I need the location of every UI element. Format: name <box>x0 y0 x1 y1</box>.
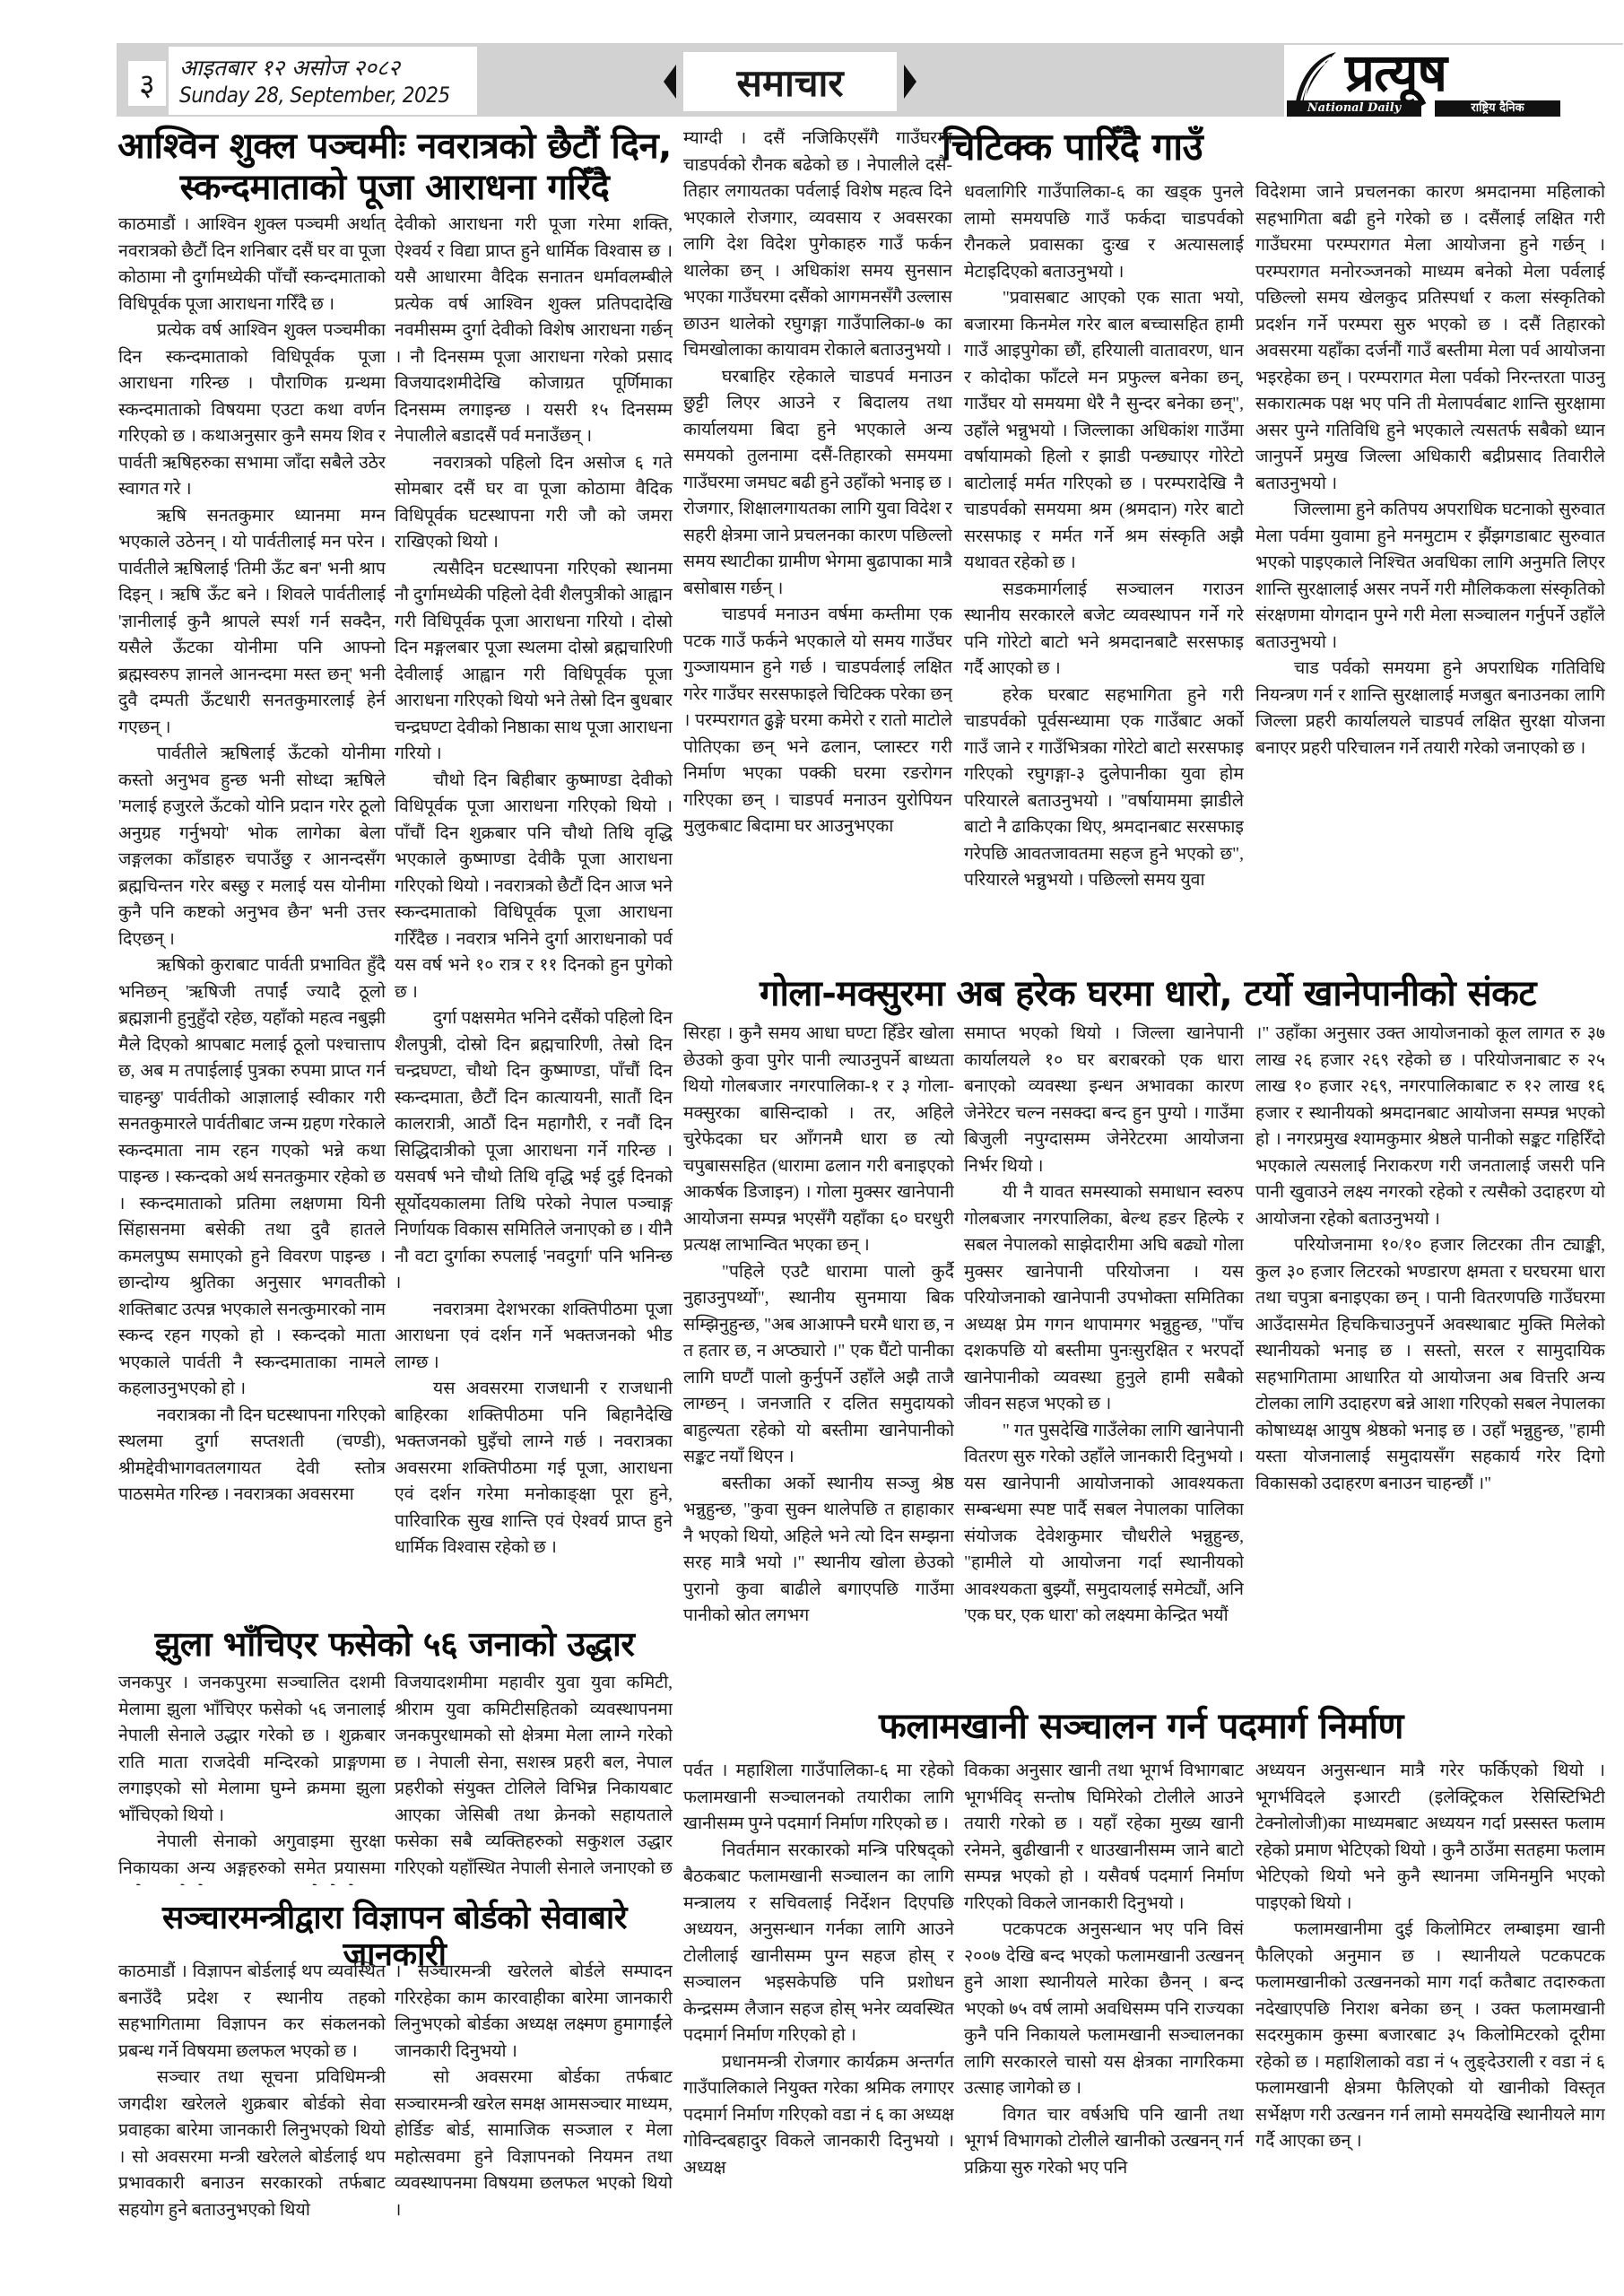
paragraph: पार्वतीले ऋषिलाई ऊँटको योनीमा कस्तो अनुभ… <box>118 741 386 952</box>
logo-tag-nepali: राष्ट्रिय दैनिक <box>1435 100 1560 117</box>
paragraph: चाड पर्वको समयमा हुने अपराधिक गतिविधि नि… <box>1255 656 1605 761</box>
paragraph: नवरात्रका नौ दिन घटस्थापना गरिएको स्थलमा… <box>118 1403 386 1509</box>
paragraph: चाडपर्व मनाउन वर्षमा कम्तीमा एक पटक गाउँ… <box>683 602 952 840</box>
paragraph: पटकपटक अनुसन्धान भए पनि विसं २००७ देखि ब… <box>964 1917 1244 2102</box>
paragraph: म्याग्दी । दसैं नजिकिएसँगै गाउँघरमा चाडप… <box>683 126 952 364</box>
page-number: ३ <box>128 61 166 106</box>
paragraph: दुर्गा पक्षसमेत भनिने दसैंको पहिलो दिन श… <box>395 1005 673 1297</box>
paragraph: चौथो दिन बिहीबार कुष्माण्डा देवीको विधिप… <box>395 768 673 1006</box>
arrow-left-icon <box>664 65 676 99</box>
paragraph: विजयादशमीमा महावीर युवा युवा कमिटी, श्री… <box>395 1670 673 1885</box>
article-gola-col-2: समाप्त भएको थियो । जिल्ला खानेपानी कार्य… <box>964 1021 1244 1702</box>
paragraph: काठमाडौं । विज्ञापन बोर्डलाई थप व्यवस्थि… <box>118 1959 386 2065</box>
paragraph: काठमाडौं । आश्विन शुक्ल पञ्चमी अर्थात् न… <box>118 212 386 317</box>
paragraph: विकका अनुसार खानी तथा भूगर्भ विभागबाट भू… <box>964 1758 1244 1917</box>
article-chitikka-col-2: धवलागिरि गाउँपालिका-६ का खड्क पुनले लामो… <box>964 179 1244 969</box>
paragraph: नेपाली सेनाको अगुवाइमा सुरक्षा निकायका अ… <box>118 1829 386 1885</box>
headline-jhula: झुला भाँचिएर फसेको ५६ जनाको उद्धार <box>117 1625 673 1665</box>
article-gola-col-3: ।" उहाँका अनुसार उक्त आयोजनाको कूल लागत … <box>1255 1021 1605 1702</box>
arrow-right-icon <box>904 65 916 99</box>
article-falam-col-1: पर्वत । महाशिला गाउँपालिका-६ मा रहेको फल… <box>683 1758 954 2260</box>
article-navaratri-col-1: काठमाडौं । आश्विन शुक्ल पञ्चमी अर्थात् न… <box>118 212 386 1620</box>
headline-line-1: आश्विन शुक्ल पञ्चमीः नवरात्रको छैटौं दिन… <box>117 126 673 167</box>
paragraph: निवर्तमान सरकारको मन्त्रि परिषद्को बैठकब… <box>683 1838 954 2049</box>
logo-name: प्रत्यूष <box>1345 45 1446 100</box>
paragraph: प्रधानमन्त्री रोजगार कार्यक्रम अन्तर्गत … <box>683 2049 954 2182</box>
paragraph: फलामखानीमा दुई किलोमिटर लम्बाइमा खानी फै… <box>1255 1917 1605 2155</box>
paragraph: प्रत्येक वर्ष आश्विन शुक्ल पञ्चमीका दिन … <box>118 317 386 503</box>
paragraph: ।" उहाँका अनुसार उक्त आयोजनाको कूल लागत … <box>1255 1021 1605 1232</box>
section-title: समाचार <box>683 52 897 111</box>
paragraph: नवरात्रमा देशभरका शक्तिपीठमा पूजा आराधना… <box>395 1297 673 1377</box>
paragraph: यस अवसरमा राजधानी र राजधानी बाहिरका शक्त… <box>395 1376 673 1561</box>
paragraph: ऋषि सनतकुमार ध्यानमा मग्न भएकाले उठेनन् … <box>118 503 386 742</box>
headline-navaratri: आश्विन शुक्ल पञ्चमीः नवरात्रको छैटौं दिन… <box>117 126 673 208</box>
paragraph: "पहिले एउटै धारामा पालो कुर्दै नुहाउनुपर… <box>683 1259 954 1471</box>
headline-falam: फलामखानी सञ्चालन गर्न पदमार्ग निर्माण <box>879 1706 1524 1747</box>
article-chitikka-col-3: विदेशमा जाने प्रचलनका कारण श्रमदानमा महि… <box>1255 179 1605 969</box>
article-falam-col-3: अध्ययन अनुसन्धान मात्रै गरेर फर्किएको थि… <box>1255 1758 1605 2260</box>
date-nepali: आइतबार १२ असोज २०८२ <box>179 52 400 83</box>
paragraph: परियोजनामा १०/१० हजार लिटरका तीन ट्याङ्क… <box>1255 1232 1605 1497</box>
paragraph: विगत चार वर्षअघि पनि खानी तथा भूगर्भ विभ… <box>964 2102 1244 2182</box>
paragraph: घरबाहिर रहेकाले चाडपर्व मनाउन छुट्टी लिए… <box>683 364 952 603</box>
paragraph: समाप्त भएको थियो । जिल्ला खानेपानी कार्य… <box>964 1021 1244 1179</box>
article-falam-col-2: विकका अनुसार खानी तथा भूगर्भ विभागबाट भू… <box>964 1758 1244 2260</box>
paragraph: " गत पुसदेखि गाउँलेका लागि खानेपानी वितर… <box>964 1418 1244 1630</box>
paragraph: सडकमार्गलाई सञ्चालन गराउन स्थानीय सरकारल… <box>964 577 1244 683</box>
paragraph: पर्वत । महाशिला गाउँपालिका-६ मा रहेको फल… <box>683 1758 954 1838</box>
paragraph: । सञ्चारमन्त्री खरेलले बोर्डले सम्पादन ग… <box>395 1959 673 2065</box>
paragraph: नवरात्रको पहिलो दिन असोज ६ गते सोमबार दस… <box>395 450 673 556</box>
article-chitikka-col-1: म्याग्दी । दसैं नजिकिएसँगै गाउँघरमा चाडप… <box>683 126 952 969</box>
logo-tag-english: National Daily <box>1287 100 1421 117</box>
paragraph: सञ्चार तथा सूचना प्रविधिमन्त्री जगदीश खर… <box>118 2065 386 2223</box>
paragraph: हरेक घरबाट सहभागिता हुने गरी चाडपर्वको प… <box>964 683 1244 894</box>
paragraph: सो अवसरमा बोर्डका तर्फबाट सञ्चारमन्त्री … <box>395 2065 673 2223</box>
headline-chitikka: चिटिक्क पारिँदै गाउँ <box>942 126 1255 169</box>
date-english: Sunday 28, September, 2025 <box>179 83 450 108</box>
paragraph: त्यसैदिन घटस्थापना गरिएको स्थानमा नौ दुर… <box>395 556 673 768</box>
paragraph: "प्रवासबाट आएको एक साता भयो, बजारमा किनम… <box>964 285 1244 577</box>
paragraph: देवीको आराधना गरी पूजा गरेमा शक्ति, ऐश्व… <box>395 212 673 450</box>
article-gola-col-1: सिरहा । कुनै समय आधा घण्टा हिँडेर खोला छ… <box>683 1021 954 1702</box>
paragraph: अध्ययन अनुसन्धान मात्रै गरेर फर्किएको थि… <box>1255 1758 1605 1917</box>
article-sanchar-col-1: काठमाडौं । विज्ञापन बोर्डलाई थप व्यवस्थि… <box>118 1959 386 2264</box>
paragraph: सिरहा । कुनै समय आधा घण्टा हिँडेर खोला छ… <box>683 1021 954 1259</box>
article-navaratri-col-2: देवीको आराधना गरी पूजा गरेमा शक्ति, ऐश्व… <box>395 212 673 1620</box>
paragraph: विदेशमा जाने प्रचलनका कारण श्रमदानमा महि… <box>1255 179 1605 497</box>
paragraph: जनकपुर । जनकपुरमा सञ्चालित दशमी मेलामा झ… <box>118 1670 386 1829</box>
paragraph: बस्तीका अर्को स्थानीय सञ्जु श्रेष्ठ भन्न… <box>683 1471 954 1630</box>
paragraph: ऋषिको कुराबाट पार्वती प्रभावित हुँदै भनि… <box>118 952 386 1403</box>
article-jhula-col-2: विजयादशमीमा महावीर युवा युवा कमिटी, श्री… <box>395 1670 673 1885</box>
paragraph: जिल्लामा हुने कतिपय अपराधिक घटनाको सुरुव… <box>1255 497 1605 656</box>
paragraph: धवलागिरि गाउँपालिका-६ का खड्क पुनले लामो… <box>964 179 1244 285</box>
headline-gola: गोला-मक्सुरमा अब हरेक घरमा धारो, टर्यो ख… <box>682 973 1614 1014</box>
article-jhula-col-1: जनकपुर । जनकपुरमा सञ्चालित दशमी मेलामा झ… <box>118 1670 386 1885</box>
headline-line-2: स्कन्दमाताको पूजा आराधना गरिँदै <box>117 167 673 208</box>
article-sanchar-col-2: । सञ्चारमन्त्री खरेलले बोर्डले सम्पादन ग… <box>395 1959 673 2264</box>
paragraph: यी नै यावत समस्याको समाधान स्वरुप गोलबजा… <box>964 1179 1244 1418</box>
